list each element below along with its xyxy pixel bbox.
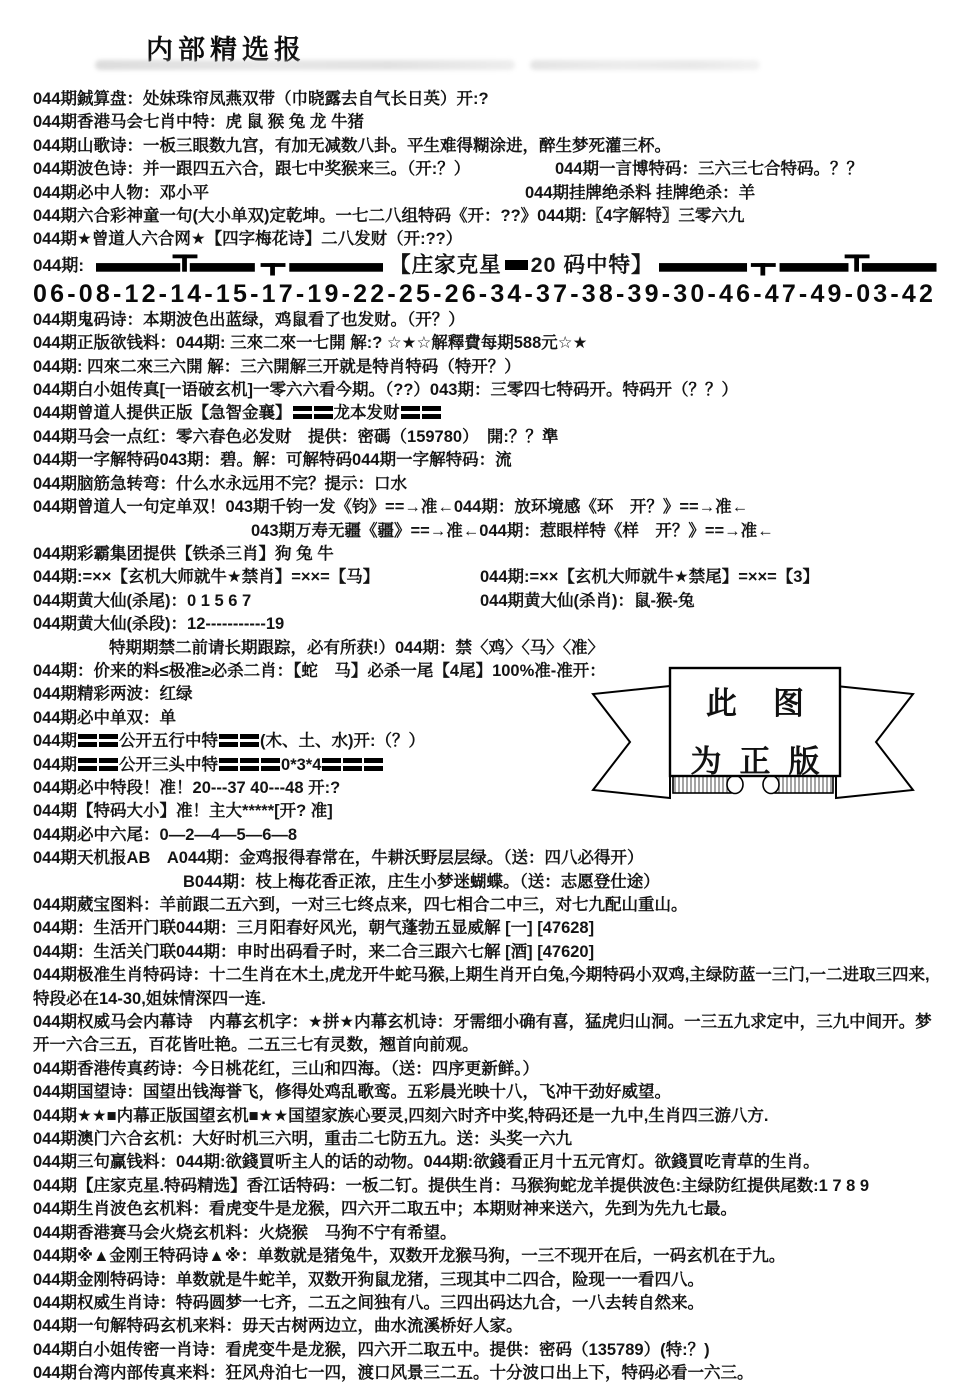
text-segment: 公开五行中特 [119,732,218,750]
text-line: 044期葳宝图料：羊前跟二五六到，一对三七终点来，四七相合二中三，对七九配山重山… [33,894,943,917]
double-bar-icon [99,734,118,747]
newspaper-sheet: 内部精选报 044期鋮算盘：处妹珠帘凤燕双带（巾晓露去自气长日英）开:? 044… [0,0,975,1388]
text-line: 044期:=××【玄机大师就牛★禁肖】=××=【马】 044期:=××【玄机大师… [33,566,943,589]
text-line: 044期【庄家克星.特码精选】香江话特码：一板二钉。提供生肖：马猴狗蛇龙羊提供波… [33,1175,943,1198]
text-line: 044期权威马会内幕诗 内幕玄机字：★拼★内幕玄机诗：牙需细小确有喜，猛虎归山洞… [33,1011,943,1058]
text-line: B044期：枝上梅花香正浓，庄生小梦迷蝴蝶。（送：志愿登仕途） [33,871,943,894]
text-segment: (木、土、水)开:（？） [260,732,425,750]
text-segment: 044期 [33,756,77,774]
text-line: 044期鋮算盘：处妹珠帘凤燕双带（巾晓露去自气长日英）开:? [33,88,943,111]
double-bar-icon [322,758,341,771]
text-line: 044期马会一点红：零六春色必发财 提供：密碼（159780） 開:？？準 [33,426,943,449]
text-segment: 0*3*4 [281,756,321,774]
double-bar-icon [219,734,238,747]
row-prefix: 044期: [33,254,84,277]
text-line: 044期生肖波色玄机料：看虎变牛是龙猴，四六开二取五中；本期财神来送六，先到为先… [33,1198,943,1221]
banner-text-line2: 为正版 [670,736,840,781]
text-line: 044期必中六尾：0—2—4—5—6—8 [33,824,943,847]
double-bar-icon [422,406,441,419]
text-line: 044期曾道人一句定单双！043期千钧一发《钧》==→准←044期：放环境感《环… [33,496,943,519]
text-line: 044期黄大仙(杀尾)：0 1 5 6 7 044期黄大仙(杀肖)：鼠-猴-兔 [33,590,943,613]
text-line: 044期※▲金刚王特码诗▲※：单数就是猪兔牛，双数开龙猴马狗，一三不现开在后，一… [33,1245,943,1268]
row-label-right: 20 码中特】 [531,254,654,277]
text-line: 044期脑筋急转弯：什么水永远用不完？提示：口水 [33,473,943,496]
text-line: 044期正版欲钱料：044期: 三來二來一七開 解:? ☆★☆解釋費每期588元… [33,332,943,355]
text-segment: 公开三头中特 [119,756,218,774]
double-bar-icon [343,758,362,771]
text-line: 044期香港马会七肖中特：虎 鼠 猴 兔 龙 牛猪 [33,111,943,134]
text-segment: 044期 [33,732,77,750]
double-bar-icon [364,758,383,771]
text-left: 044期必中人物：邓小平 [33,184,209,202]
row-label-left: 【庄家克星 [389,254,502,277]
text-left: 044期波色诗：并一跟四五六合，跟七中奖猴来三。（开:？） [33,160,470,178]
bar-decoration-icon [96,254,383,276]
text-line: 044期山歌诗：一板三眼数九宫，有加无减数八卦。平生难得糊涂进，醉生梦死灌三杯。 [33,135,943,158]
double-bar-icon [240,734,259,747]
text-line: 044期鬼码诗：本期波色出蓝绿，鸡鼠看了也发财。（开？） [33,309,943,332]
text-line: 044期波色诗：并一跟四五六合，跟七中奖猴来三。（开:？） 044期一言博特码：… [33,158,943,181]
text-line: 044期三句赢钱料：044期:欲錢買听主人的话的动物。044期:欲錢看正月十五元… [33,1151,943,1174]
text-line: 044期彩霸集团提供【铁杀三肖】狗 兔 牛 [33,543,943,566]
text-line: 044期台湾内部传真来料：狂风舟泊七一四，渡口风景三二五。十分波口出上下，特码必… [33,1362,943,1385]
text-right: 044期黄大仙(杀肖)：鼠-猴-兔 [480,590,695,613]
text-line: 044期权威生肖诗：特码圆梦一七齐，二五之间独有八。三四出码达九合，一八去转自然… [33,1292,943,1315]
text-line: 044期白小姐传真[一语破玄机]一零六六看今期。（??）043期：三零四七特码开… [33,379,943,402]
text-left: 044期黄大仙(杀尾)：0 1 5 6 7 [33,592,251,610]
text-line: 044期香港传真药诗：今日桃花红，三山和四海。（送：四序更新鲜。） [33,1058,943,1081]
banker-nemesis-row: 044期: 【庄家克星 20 码中特】 [33,252,943,279]
authenticity-banner: 此图 为正版 [585,664,921,814]
text-line: 044期★★■内幕正版国望玄机■★★国望家族心要灵,四刻六时齐中奖,特码还是一九… [33,1105,943,1128]
text-line: 044期极准生肖特码诗：十二生肖在木土,虎龙开牛蛇马猴,上期生肖开白兔,今期特码… [33,964,943,1011]
text-line: 044期曾道人提供正版【急智金襄】龙本发财 [33,402,943,425]
text-line: 044期金刚特码诗：单数就是牛蛇羊，双数开狗鼠龙猪，三现其中二四合，险现一一看四… [33,1269,943,1292]
text-line: 043期万寿无疆《疆》==→准←044期：惹眼样特《样 开？》==→准← [33,520,943,543]
black-bar-icon [505,260,528,270]
double-bar-icon [99,758,118,771]
text-line: 044期六合彩神童一句(大小单双)定乾坤。一七二八组特码《开：??》044期:〖… [33,205,943,228]
text-line: 044期香港赛马会火烧玄机料：火烧猴 马狗不宁有希望。 [33,1222,943,1245]
text-line: 044期★曾道人六合网★【四字梅花诗】二八发财（开:??） [33,228,943,251]
double-bar-icon [219,758,238,771]
text-line: 044期一字解特码043期：碧。解：可解特码044期一字解特码：流 [33,449,943,472]
text-line: 044期澳门六合玄机：大好时机三六明，重击二七防五九。送：头奖一六九 [33,1128,943,1151]
text-line: 044期必中人物：邓小平 044期挂牌绝杀料 挂牌绝杀：羊 [33,182,943,205]
double-bar-icon [401,406,420,419]
text-line: 044期：生活开门联044期：三月阳春好风光，朝气蓬勃五显威解 [一] [476… [33,917,943,940]
text-segment: 044期曾道人提供正版【急智金襄】 [33,404,292,422]
text-line: 044期一句解特码玄机来料：毋天古树两边立，曲水流溪桥好人家。 [33,1315,943,1338]
text-segment: 龙本发财 [334,404,400,422]
text-line: 044期天机报AB A044期：金鸡报得春常在，牛耕沃野层层绿。（送：四八必得开… [33,847,943,870]
text-line: 044期: 四來二來三六開 解：三六開解三开就是特肖特码（特开？） [33,356,943,379]
double-bar-icon [78,734,97,747]
banner-text-line1: 此图 [670,678,840,723]
text-right: 044期:=××【玄机大师就牛★禁尾】=××=【3】 [480,566,819,589]
text-left: 044期:=××【玄机大师就牛★禁肖】=××=【马】 [33,568,379,586]
text-line: 044期黄大仙(杀段)：12-----------19 [33,613,943,636]
text-line: 044期白小姐传密一肖诗：看虎变牛是龙猴，四六开二取五中。提供：密码（13578… [33,1339,943,1362]
text-right: 044期一言博特码：三六三七合特码。？？ [555,158,863,181]
double-bar-icon [293,406,312,419]
text-line: 044期：生活关门联044期：申时出码看子时，来二合三跟六七解 [酒] [476… [33,941,943,964]
text-line: 044期国望诗：国望出钱海誉飞，修得处鸡乱歌鸾。五彩晨光映十八，飞冲干劲好威望。 [33,1081,943,1104]
bar-decoration-icon [659,254,937,276]
double-bar-icon [261,758,280,771]
text-line: 特期期禁二前请长期跟踪，必有所获!）044期：禁〈鸡〉〈马〉〈准〉 [33,637,943,660]
lucky-numbers-row: 06-08-12-14-15-17-19-22-25-26-34-37-38-3… [33,279,943,309]
text-right: 044期挂牌绝杀料 挂牌绝杀：羊 [525,182,755,205]
double-bar-icon [78,758,97,771]
double-bar-icon [240,758,259,771]
print-smudge [530,60,760,70]
double-bar-icon [314,406,333,419]
print-smudge [95,60,515,70]
